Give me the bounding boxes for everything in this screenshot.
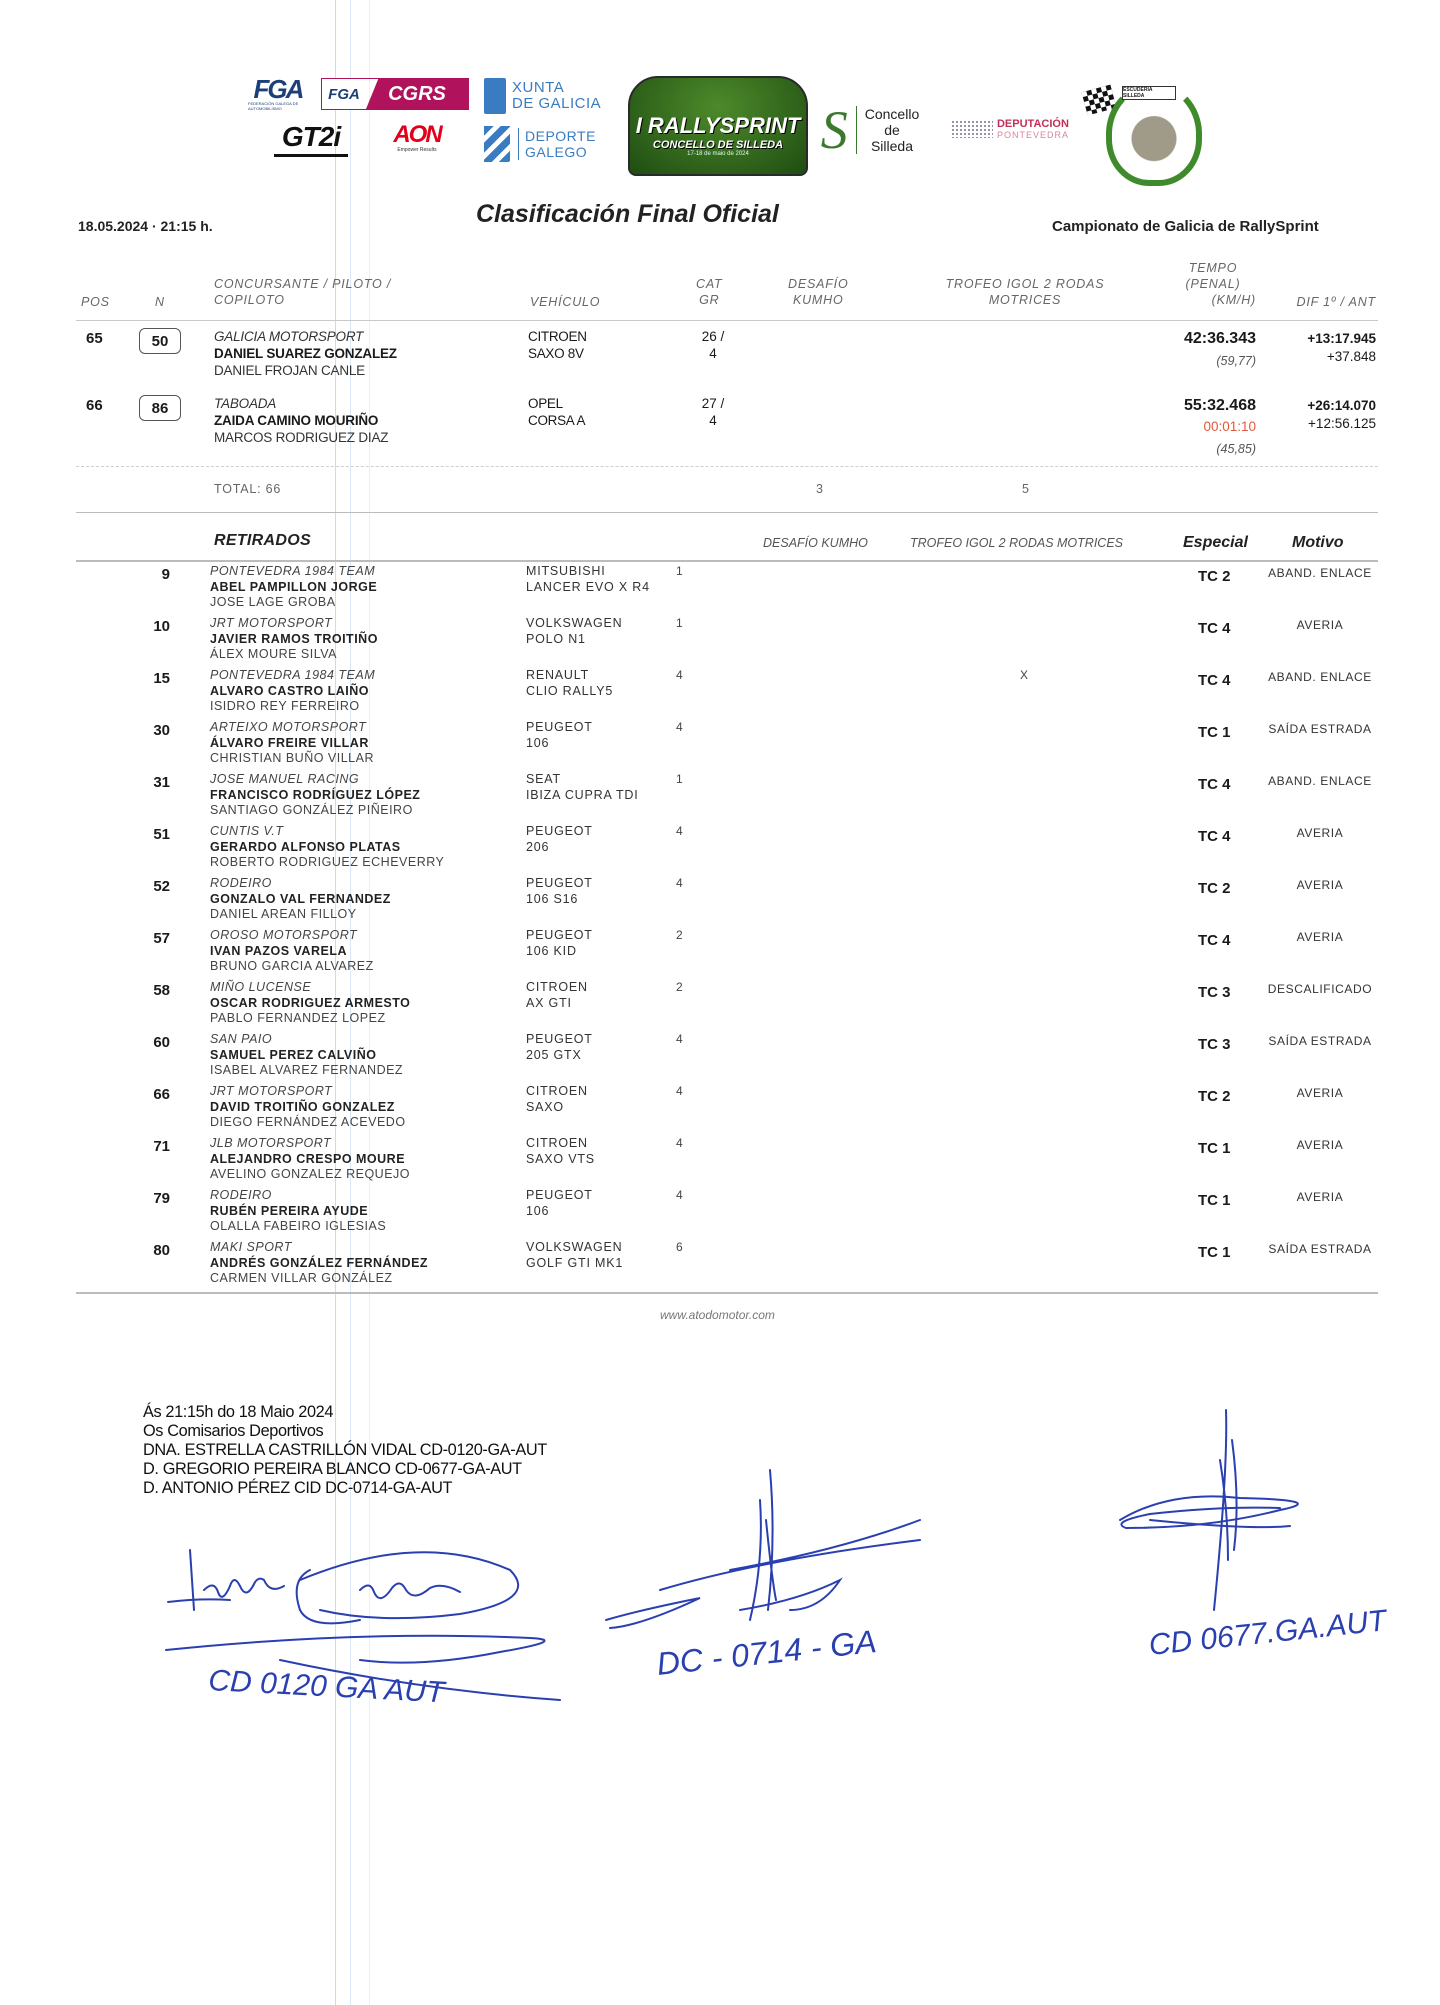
driver-name: DAVID TROITIÑO GONZALEZ [210, 1100, 406, 1116]
deputacion-logo-text: DEPUTACIÓN PONTEVEDRA [997, 119, 1069, 140]
crew: RODEIROGONZALO VAL FERNANDEZDANIEL AREAN… [210, 876, 391, 923]
deputacion-dots-icon [951, 120, 993, 138]
category: 2 [676, 980, 683, 994]
diff-to-previous: +12:56.125 [1270, 415, 1376, 433]
category: 1 [676, 772, 683, 786]
col-pos: POS [81, 294, 110, 310]
driver-name: ALVARO CASTRO LAIÑO [210, 684, 375, 700]
retired-col-especial: Especial [1183, 534, 1248, 552]
crew: OROSO MOTORSPORTIVAN PAZOS VARELABRUNO G… [210, 928, 374, 975]
vehicle: OPEL CORSA A [528, 395, 585, 429]
divider [76, 560, 1378, 562]
crew: JRT MOTORSPORTJAVIER RAMOS TROITIÑOÁLEX … [210, 616, 378, 663]
category: 4 [676, 1136, 683, 1150]
entrant-team: CUNTIS V.T [210, 824, 444, 840]
retired-stage: TC 3 [1198, 984, 1231, 1001]
fga-logo: FGA FEDERACIÓN GALEGA DE AUTOMOBILISMO [248, 76, 308, 112]
retired-stage: TC 2 [1198, 568, 1231, 585]
rally-plate-date: 17-18 de maio de 2024 [687, 151, 749, 157]
retired-stage: TC 4 [1198, 620, 1231, 637]
vehicle-make: PEUGEOT [526, 1188, 593, 1204]
car-number: 58 [140, 982, 170, 999]
silleda-s-icon: S [821, 103, 848, 157]
deporte-galego-logo: DEPORTE GALEGO [484, 124, 614, 164]
vehicle-model: LANCER EVO X R4 [526, 580, 650, 596]
vehicle-model: 106 [526, 1204, 593, 1220]
col-trofeo-line: MOTRICES [940, 292, 1110, 308]
category: 1 [676, 616, 683, 630]
retired-reason: ABAND. ENLACE [1262, 566, 1378, 580]
category: 4 [676, 876, 683, 890]
silleda-line: Concello [865, 106, 919, 122]
col-dif: DIF 1º / ANT [1278, 294, 1376, 310]
total-entries: TOTAL: 66 [214, 482, 281, 496]
retired-section-title: RETIRADOS [214, 532, 311, 550]
statement-line: D. ANTONIO PÉREZ CID DC-0714-GA-AUT [143, 1478, 547, 1497]
retired-table-row: 79RODEIRORUBÉN PEREIRA AYUDEOLALLA FABEI… [0, 1188, 1440, 1240]
category: 2 [676, 928, 683, 942]
trofeo-igol-mark: X [1020, 668, 1028, 682]
vehicle-make: SEAT [526, 772, 639, 788]
xunta-line: XUNTA [512, 80, 601, 96]
col-gr-line: GR [696, 292, 722, 308]
driver-name: GERARDO ALFONSO PLATAS [210, 840, 444, 856]
col-desafio-line: KUMHO [788, 292, 848, 308]
vehicle: PEUGEOT106 S16 [526, 876, 593, 907]
total-desafio-kumho: 3 [816, 482, 824, 496]
deporte-logo-text: DEPORTE GALEGO [518, 128, 596, 160]
signature-estrella-id: CD 0120 GA AUT [208, 1664, 448, 1709]
deporte-stripes-icon [484, 126, 510, 162]
car-number-badge: 86 [139, 395, 181, 421]
vehicle-make: CITROEN [526, 980, 588, 996]
car-number: 80 [140, 1242, 170, 1259]
retired-stage: TC 4 [1198, 828, 1231, 845]
car-number: 66 [140, 1086, 170, 1103]
vehicle-model: CLIO RALLY5 [526, 684, 613, 700]
retired-table-row: 52RODEIROGONZALO VAL FERNANDEZDANIEL ARE… [0, 876, 1440, 928]
car-number: 15 [140, 670, 170, 687]
col-cat-line: CAT [696, 276, 722, 292]
vehicle-make: VOLKSWAGEN [526, 616, 622, 632]
aon-logo: AON Empower Results [384, 120, 450, 156]
col-names-line: COPILOTO [214, 292, 391, 308]
driver-name: ÁLVARO FREIRE VILLAR [210, 736, 374, 752]
retired-stage: TC 3 [1198, 1036, 1231, 1053]
signature-antonio-id: DC - 0714 - GA [655, 1623, 878, 1682]
entrant-team: MAKI SPORT [210, 1240, 428, 1256]
driver-name: ABEL PAMPILLON JORGE [210, 580, 377, 596]
group: 4 [698, 345, 728, 362]
car-number: 51 [140, 826, 170, 843]
deporte-line: GALEGO [525, 144, 596, 160]
category: 4 [676, 668, 683, 682]
divider [76, 320, 1378, 321]
car-number: 31 [140, 774, 170, 791]
crew: TABOADA ZAIDA CAMINO MOURIÑO MARCOS RODR… [214, 395, 388, 446]
driver-name: IVAN PAZOS VARELA [210, 944, 374, 960]
retired-table-row: 80MAKI SPORTANDRÉS GONZÁLEZ FERNÁNDEZCAR… [0, 1240, 1440, 1292]
vehicle-make: RENAULT [526, 668, 613, 684]
statement-line: Os Comisarios Deportivos [143, 1421, 547, 1440]
vehicle: SEATIBIZA CUPRA TDI [526, 772, 639, 803]
signature-gregorio: CD 0677.GA.AUT [1110, 1410, 1440, 1670]
category: 4 [676, 824, 683, 838]
retired-reason: ABAND. ENLACE [1262, 670, 1378, 684]
category: 6 [676, 1240, 683, 1254]
retired-table-row: 58MIÑO LUCENSEOSCAR RODRIGUEZ ARMESTOPAB… [0, 980, 1440, 1032]
stewards-statement: Ás 21:15h do 18 Maio 2024 Os Comisarios … [143, 1402, 547, 1497]
driver-name: OSCAR RODRIGUEZ ARMESTO [210, 996, 410, 1012]
retired-stage: TC 2 [1198, 880, 1231, 897]
retired-reason: SAÍDA ESTRADA [1262, 722, 1378, 736]
codriver-name: AVELINO GONZALEZ REQUEJO [210, 1167, 410, 1183]
retired-col-desafio: DESAFÍO KUMHO [763, 536, 868, 550]
category: 4 [676, 1084, 683, 1098]
car-number: 60 [140, 1034, 170, 1051]
codriver-name: DANIEL FROJAN CANLE [214, 362, 397, 379]
vehicle-model: 206 [526, 840, 593, 856]
diff-to-previous: +37.848 [1270, 348, 1376, 366]
page-title: Clasificación Final Oficial [476, 200, 779, 229]
vehicle-model: SAXO VTS [526, 1152, 595, 1168]
car-number: 57 [140, 930, 170, 947]
vehicle-model: 106 S16 [526, 892, 593, 908]
entrant-team: PONTEVEDRA 1984 TEAM [210, 564, 377, 580]
retired-table-row: 51CUNTIS V.TGERARDO ALFONSO PLATASROBERT… [0, 824, 1440, 876]
entrant-team: JLB MOTORSPORT [210, 1136, 410, 1152]
category: 4 [676, 720, 683, 734]
vehicle-model: CORSA A [528, 412, 585, 429]
xunta-logo-text: XUNTA DE GALICIA [512, 80, 601, 112]
col-tempo-line: (KM/H) [1170, 292, 1256, 308]
driver-name: GONZALO VAL FERNANDEZ [210, 892, 391, 908]
vehicle-model: SAXO [526, 1100, 588, 1116]
vehicle-make: PEUGEOT [526, 1032, 593, 1048]
vehicle-make: CITROEN [528, 328, 587, 345]
codriver-name: MARCOS RODRIGUEZ DIAZ [214, 429, 388, 446]
retired-stage: TC 1 [1198, 1192, 1231, 1209]
retired-table-row: 30ARTEIXO MOTORSPORTÁLVARO FREIRE VILLAR… [0, 720, 1440, 772]
driver-name: ZAIDA CAMINO MOURIÑO [214, 412, 388, 429]
col-tempo: TEMPO (PENAL) (KM/H) [1170, 260, 1256, 308]
diff-to-first: +13:17.945 [1270, 330, 1376, 348]
col-trofeo-line: TROFEO IGOL 2 RODAS [940, 276, 1110, 292]
vehicle-make: PEUGEOT [526, 876, 593, 892]
aon-logo-subtitle: Empower Results [397, 147, 436, 153]
driver-name: JAVIER RAMOS TROITIÑO [210, 632, 378, 648]
xunta-line: DE GALICIA [512, 96, 601, 112]
entrant-team: PONTEVEDRA 1984 TEAM [210, 668, 375, 684]
retired-table-row: 60SAN PAIOSAMUEL PEREZ CALVIÑOISABEL ALV… [0, 1032, 1440, 1084]
gt2i-logo: GT2i [274, 120, 348, 157]
codriver-name: ROBERTO RODRIGUEZ ECHEVERRY [210, 855, 444, 871]
retired-table-row: 66JRT MOTORSPORTDAVID TROITIÑO GONZALEZD… [0, 1084, 1440, 1136]
website-footer: www.atodomotor.com [660, 1308, 775, 1322]
entrant-team: JRT MOTORSPORT [210, 1084, 406, 1100]
vehicle-model: SAXO 8V [528, 345, 587, 362]
vehicle: PEUGEOT106 KID [526, 928, 593, 959]
escuderia-banner: ESCUDERÍA SILLEDA [1122, 86, 1176, 100]
aon-logo-text: AON [393, 123, 440, 147]
vehicle: CITROENAX GTI [526, 980, 588, 1011]
silleda-line: de [865, 122, 919, 138]
crew: MAKI SPORTANDRÉS GONZÁLEZ FERNÁNDEZCARME… [210, 1240, 428, 1287]
signature-estrella: CD 0120 GA AUT [160, 1540, 580, 1720]
vehicle-model: 106 [526, 736, 593, 752]
retired-stage: TC 2 [1198, 1088, 1231, 1105]
total-time: 42:36.343 [1120, 330, 1256, 348]
retired-reason: ABAND. ENLACE [1262, 774, 1378, 788]
codriver-name: BRUNO GARCIA ALVAREZ [210, 959, 374, 975]
retired-reason: AVERIA [1262, 1190, 1378, 1204]
codriver-name: ISIDRO REY FERREIRO [210, 699, 375, 715]
col-cat-gr: CAT GR [696, 276, 722, 308]
divider [76, 512, 1378, 513]
retired-reason: AVERIA [1262, 826, 1378, 840]
crew: CUNTIS V.TGERARDO ALFONSO PLATASROBERTO … [210, 824, 444, 871]
entrant-team: RODEIRO [210, 1188, 386, 1204]
entrant-team: SAN PAIO [210, 1032, 403, 1048]
retired-table-row: 71JLB MOTORSPORTALEJANDRO CRESPO MOUREAV… [0, 1136, 1440, 1188]
codriver-name: OLALLA FABEIRO IGLESIAS [210, 1219, 386, 1235]
codriver-name: CARMEN VILLAR GONZÁLEZ [210, 1271, 428, 1287]
vehicle-model: IBIZA CUPRA TDI [526, 788, 639, 804]
category: 1 [676, 564, 683, 578]
rally-plate-logo: I RALLYSPRINT CONCELLO DE SILLEDA 17-18 … [628, 76, 808, 176]
codriver-name: ÁLEX MOURE SILVA [210, 647, 378, 663]
entrant-team: GALICIA MOTORSPORT [214, 328, 397, 345]
crew: MIÑO LUCENSEOSCAR RODRIGUEZ ARMESTOPABLO… [210, 980, 410, 1027]
vehicle: CITROEN SAXO 8V [528, 328, 587, 362]
crew: SAN PAIOSAMUEL PEREZ CALVIÑOISABEL ALVAR… [210, 1032, 403, 1079]
codriver-name: SANTIAGO GONZÁLEZ PIÑEIRO [210, 803, 420, 819]
fga-logo-text: FGA [254, 77, 303, 101]
vehicle-make: CITROEN [526, 1084, 588, 1100]
car-number: 30 [140, 722, 170, 739]
col-vehicle: VEHÍCULO [530, 294, 600, 310]
retired-table-row: 15PONTEVEDRA 1984 TEAMALVARO CASTRO LAIÑ… [0, 668, 1440, 720]
car-number: 52 [140, 878, 170, 895]
vehicle-model: 106 KID [526, 944, 593, 960]
average-speed: (59,77) [1120, 352, 1256, 370]
col-tempo-line: TEMPO [1170, 260, 1256, 276]
car-number: 79 [140, 1190, 170, 1207]
driver-name: FRANCISCO RODRÍGUEZ LÓPEZ [210, 788, 420, 804]
deputacion-line: PONTEVEDRA [997, 130, 1069, 140]
retired-stage: TC 4 [1198, 776, 1231, 793]
rally-plate-title: I RALLYSPRINT [636, 113, 801, 139]
retired-table-row: 9PONTEVEDRA 1984 TEAMABEL PAMPILLON JORG… [0, 564, 1440, 616]
crew: GALICIA MOTORSPORT DANIEL SUAREZ GONZALE… [214, 328, 397, 379]
driver-name: ANDRÉS GONZÁLEZ FERNÁNDEZ [210, 1256, 428, 1272]
total-trofeo-igol: 5 [1022, 482, 1030, 496]
vehicle: VOLKSWAGENPOLO N1 [526, 616, 622, 647]
vehicle: CITROENSAXO [526, 1084, 588, 1115]
vehicle-model: GOLF GTI MK1 [526, 1256, 623, 1272]
vehicle: VOLKSWAGENGOLF GTI MK1 [526, 1240, 623, 1271]
vehicle: CITROENSAXO VTS [526, 1136, 595, 1167]
retired-table-row: 31JOSE MANUEL RACINGFRANCISCO RODRÍGUEZ … [0, 772, 1440, 824]
col-tempo-line: (PENAL) [1170, 276, 1256, 292]
statement-line: D. GREGORIO PEREIRA BLANCO CD-0677-GA-AU… [143, 1459, 547, 1478]
vehicle: PEUGEOT106 [526, 720, 593, 751]
row-position: 65 [86, 330, 103, 347]
category: 26 / [698, 328, 728, 345]
category: 4 [676, 1032, 683, 1046]
divider [76, 466, 1378, 467]
report-datetime: 18.05.2024 · 21:15 h. [78, 218, 213, 234]
driver-name: ALEJANDRO CRESPO MOURE [210, 1152, 410, 1168]
entrant-team: ARTEIXO MOTORSPORT [210, 720, 374, 736]
vehicle-model: AX GTI [526, 996, 588, 1012]
retired-reason: AVERIA [1262, 878, 1378, 892]
cgrs-logo-text: CGRS [366, 79, 468, 109]
vehicle: RENAULTCLIO RALLY5 [526, 668, 613, 699]
retired-stage: TC 4 [1198, 672, 1231, 689]
col-desafio: DESAFÍO KUMHO [788, 276, 848, 308]
cat-gr: 26 / 4 [698, 328, 728, 362]
col-names-line: CONCURSANTE / PILOTO / [214, 276, 391, 292]
car-number: 71 [140, 1138, 170, 1155]
entrant-team: TABOADA [214, 395, 388, 412]
concello-silleda-logo: S Concello de Silleda [810, 100, 930, 160]
retired-stage: TC 4 [1198, 932, 1231, 949]
rally-plate-subtitle: CONCELLO DE SILLEDA [653, 139, 783, 151]
retired-reason: DESCALIFICADO [1262, 982, 1378, 996]
col-names: CONCURSANTE / PILOTO / COPILOTO [214, 276, 391, 308]
crew: JLB MOTORSPORTALEJANDRO CRESPO MOUREAVEL… [210, 1136, 410, 1183]
retired-col-motivo: Motivo [1292, 534, 1344, 552]
fga-logo-subtitle: FEDERACIÓN GALEGA DE AUTOMOBILISMO [248, 101, 308, 111]
driver-name: SAMUEL PEREZ CALVIÑO [210, 1048, 403, 1064]
codriver-name: PABLO FERNANDEZ LOPEZ [210, 1011, 410, 1027]
vehicle-make: PEUGEOT [526, 928, 593, 944]
entrant-team: MIÑO LUCENSE [210, 980, 410, 996]
statement-line: DNA. ESTRELLA CASTRILLÓN VIDAL CD-0120-G… [143, 1440, 547, 1459]
cat-gr: 27 / 4 [698, 395, 728, 429]
row-position: 66 [86, 397, 103, 414]
divider [76, 1292, 1378, 1294]
retired-stage: TC 1 [1198, 1244, 1231, 1261]
penalty-time: 00:01:10 [1120, 418, 1256, 436]
vehicle: PEUGEOT206 [526, 824, 593, 855]
xunta-logo: XUNTA DE GALICIA [484, 76, 614, 116]
retired-reason: AVERIA [1262, 1086, 1378, 1100]
silleda-line: Silleda [865, 138, 919, 154]
retired-reason: AVERIA [1262, 930, 1378, 944]
average-speed: (45,85) [1120, 440, 1256, 458]
crew: JRT MOTORSPORTDAVID TROITIÑO GONZALEZDIE… [210, 1084, 406, 1131]
retired-reason: SAÍDA ESTRADA [1262, 1242, 1378, 1256]
codriver-name: DANIEL AREAN FILLOY [210, 907, 391, 923]
vehicle-make: PEUGEOT [526, 824, 593, 840]
crew: PONTEVEDRA 1984 TEAMALVARO CASTRO LAIÑOI… [210, 668, 375, 715]
retired-reason: AVERIA [1262, 1138, 1378, 1152]
vehicle: PEUGEOT106 [526, 1188, 593, 1219]
deporte-line: DEPORTE [525, 128, 596, 144]
vehicle-make: VOLKSWAGEN [526, 1240, 623, 1256]
category: 27 / [698, 395, 728, 412]
diff-to-first: +26:14.070 [1270, 397, 1376, 415]
entrant-team: JOSE MANUEL RACING [210, 772, 420, 788]
signature-gregorio-id: CD 0677.GA.AUT [1147, 1604, 1390, 1662]
category: 4 [676, 1188, 683, 1202]
car-number-badge: 50 [139, 328, 181, 354]
vehicle-make: OPEL [528, 395, 585, 412]
vehicle-model: POLO N1 [526, 632, 622, 648]
entrant-team: OROSO MOTORSPORT [210, 928, 374, 944]
crew: RODEIRORUBÉN PEREIRA AYUDEOLALLA FABEIRO… [210, 1188, 386, 1235]
codriver-name: DIEGO FERNÁNDEZ ACEVEDO [210, 1115, 406, 1131]
car-number: 9 [140, 566, 170, 583]
crew: JOSE MANUEL RACINGFRANCISCO RODRÍGUEZ LÓ… [210, 772, 420, 819]
driver-name: RUBÉN PEREIRA AYUDE [210, 1204, 386, 1220]
statement-line: Ás 21:15h do 18 Maio 2024 [143, 1402, 547, 1421]
deputacion-pontevedra-logo: DEPUTACIÓN PONTEVEDRA [944, 118, 1076, 140]
codriver-name: JOSE LAGE GROBA [210, 595, 377, 611]
retired-reason: AVERIA [1262, 618, 1378, 632]
entrant-team: RODEIRO [210, 876, 391, 892]
cgrs-logo-fga: FGA [322, 79, 366, 109]
vehicle-make: PEUGEOT [526, 720, 593, 736]
retired-col-trofeo: TROFEO IGOL 2 RODAS MOTRICES [910, 536, 1123, 550]
entrant-team: JRT MOTORSPORT [210, 616, 378, 632]
vehicle: MITSUBISHILANCER EVO X R4 [526, 564, 650, 595]
vehicle-model: 205 GTX [526, 1048, 593, 1064]
total-time: 55:32.468 [1120, 397, 1256, 415]
crew: ARTEIXO MOTORSPORTÁLVARO FREIRE VILLARCH… [210, 720, 374, 767]
vehicle-make: MITSUBISHI [526, 564, 650, 580]
codriver-name: CHRISTIAN BUÑO VILLAR [210, 751, 374, 767]
retired-table-row: 57OROSO MOTORSPORTIVAN PAZOS VARELABRUNO… [0, 928, 1440, 980]
silleda-logo-text: Concello de Silleda [856, 106, 919, 154]
vehicle-make: CITROEN [526, 1136, 595, 1152]
codriver-name: ISABEL ALVAREZ FERNANDEZ [210, 1063, 403, 1079]
retired-stage: TC 1 [1198, 724, 1231, 741]
retired-reason: SAÍDA ESTRADA [1262, 1034, 1378, 1048]
car-number: 10 [140, 618, 170, 635]
crew: PONTEVEDRA 1984 TEAMABEL PAMPILLON JORGE… [210, 564, 377, 611]
escuderia-silleda-crest: ESCUDERÍA SILLEDA [1084, 82, 1204, 174]
col-n: N [155, 294, 165, 310]
col-desafio-line: DESAFÍO [788, 276, 848, 292]
driver-name: DANIEL SUAREZ GONZALEZ [214, 345, 397, 362]
xunta-shield-icon [484, 78, 506, 114]
signature-antonio: DC - 0714 - GA [600, 1460, 940, 1680]
retired-stage: TC 1 [1198, 1140, 1231, 1157]
retired-table-row: 10JRT MOTORSPORTJAVIER RAMOS TROITIÑOÁLE… [0, 616, 1440, 668]
col-trofeo: TROFEO IGOL 2 RODAS MOTRICES [940, 276, 1110, 308]
deputacion-line: DEPUTACIÓN [997, 119, 1069, 130]
championship-name: Campionato de Galicia de RallySprint [1052, 218, 1319, 235]
vehicle: PEUGEOT205 GTX [526, 1032, 593, 1063]
group: 4 [698, 412, 728, 429]
cgrs-logo: FGA CGRS [321, 78, 469, 110]
